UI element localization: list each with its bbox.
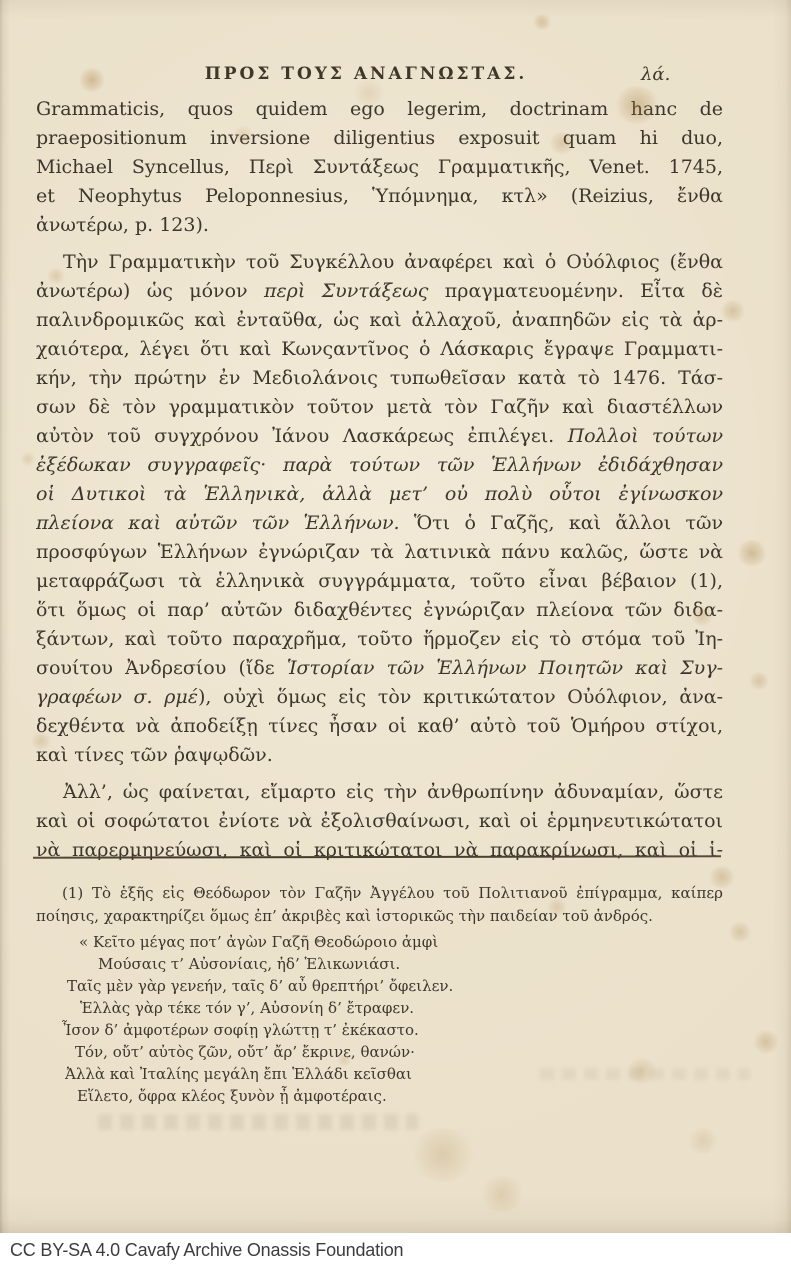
paper-background: ΠΡΟΣ ΤΟΥΣ ΑΝΑΓΝΩΣΤΑΣ. λά. Grammaticis, q…: [0, 0, 791, 1233]
text-line: Grammaticis, quos quidem ego legerim, do…: [36, 95, 723, 124]
paragraph: Τὴν Γραμματικὴν τοῦ Συγκέλλου ἀναφέρει κ…: [36, 248, 723, 770]
text-line: οἱ Δυτικοὶ τὰ Ἑλληνικὰ, ἀλλὰ μετ’ οὐ πολ…: [36, 480, 723, 509]
text-line: et Neophytus Peloponnesius, Ὑπόμνημα, κτ…: [36, 182, 723, 211]
text-line: ξάντων, καὶ τοῦτο παραχρῆμα, τοῦτο ἥρμοζ…: [36, 625, 723, 654]
text-line: μεταφράζωσι τὰ ἑλληνικὰ συγγράμματα, τοῦ…: [36, 567, 723, 596]
verse-line: Ἶσον δ’ ἀμφοτέρων σοφίῃ γλώττῃ τ’ ἐκέκασ…: [36, 1019, 676, 1041]
license-caption-bar: CC BY-SA 4.0 Cavafy Archive Onassis Foun…: [0, 1233, 791, 1267]
paragraph: Ἀλλ’, ὡς φαίνεται, εἴμαρτο εἰς τὴν ἀνθρω…: [36, 778, 723, 865]
text-line: ἀνωτέρω) ὡς μόνον περὶ Συντάξεως πραγματ…: [36, 277, 723, 306]
text-line: κήν, τὴν πρώτην ἐν Μεδιολάνοις τυπωθεῖσα…: [36, 364, 723, 393]
running-title: ΠΡΟΣ ΤΟΥΣ ΑΝΑΓΝΩΣΤΑΣ.: [205, 64, 528, 84]
show-through-smudge: [98, 1114, 418, 1130]
verse-line: Ἑλλὰς γὰρ τέκε τόν γ’, Αὐσονίη δ’ ἔτραφε…: [36, 997, 676, 1019]
text-line: χαιότερα, λέγει ὅτι καὶ Κωνςαντῖνος ὁ Λά…: [36, 335, 723, 364]
text-line: καὶ τίνες τῶν ῥαψῳδῶν.: [36, 741, 723, 770]
license-caption-text: CC BY-SA 4.0 Cavafy Archive Onassis Foun…: [0, 1240, 403, 1261]
text-line: πλείονα καὶ αὐτῶν τῶν Ἑλλήνων. Ὅτι ὁ Γαζ…: [36, 509, 723, 538]
text-line: σων δὲ τὸν γραμματικὸν τοῦτον μετὰ τὸν Γ…: [36, 393, 723, 422]
text-line: Michael Syncellus, Περὶ Συντάξεως Γραμμα…: [36, 153, 723, 182]
text-line: δεχθέντα νὰ ἀποδείξῃ τίνες ἦσαν οἱ καθ’ …: [36, 712, 723, 741]
verse-line: Τόν, οὔτ’ αὐτὸς ζῶν, οὔτ’ ἄρ’ ἔκρινε, θα…: [36, 1041, 676, 1063]
text-line: ἀνωτέρω, p. 123).: [36, 211, 723, 240]
paragraph: (1) Τὸ ἑξῆς εἰς Θεόδωρον τὸν Γαζῆν Ἀγγέλ…: [36, 882, 723, 928]
verse-line: Ἀλλὰ καὶ Ἰταλίης μεγάλη ἔπι Ἑλλάδι κεῖσθ…: [36, 1063, 676, 1085]
text-line: νὰ παρερμηνεύωσι, καὶ οἱ κριτικώτατοι νὰ…: [36, 836, 723, 865]
verse-line: Εἵλετο, ὄφρα κλέος ξυνὸν ᾖ ἀμφοτέραις.: [36, 1085, 676, 1107]
text-line: αὐτὸν τοῦ συγχρόνου Ἰάνου Λασκάρεως ἐπιλ…: [36, 422, 723, 451]
text-line: σουίτου Ἀνδρεσίου (ἴδε Ἱστορίαν τῶν Ἑλλή…: [36, 654, 723, 683]
verse-line: Μούσαις τ’ Αὐσονίαις, ἠδ’ Ἑλικωνιάσι.: [36, 953, 676, 975]
paragraph: Grammaticis, quos quidem ego legerim, do…: [36, 95, 723, 240]
body-text: Grammaticis, quos quidem ego legerim, do…: [36, 95, 723, 865]
text-line: γραφέων σ. ρμέ), οὐχὶ ὅμως εἰς τὸν κριτι…: [36, 683, 723, 712]
text-line: καὶ οἱ σοφώτατοι ἐνίοτε νὰ ἐξολισθαίνωσι…: [36, 807, 723, 836]
text-line: παλινδρομικῶς καὶ ἐνταῦθα, ὡς καὶ ἀλλαχο…: [36, 306, 723, 335]
text-line: ὅτι ὅμως οἱ παρ’ αὐτῶν διδαχθέντες ἐγνώρ…: [36, 596, 723, 625]
epigram-verse-block: « Κεῖτο μέγας ποτ’ ἀγὼν Γαζῆ Θεοδώροιο ἀ…: [36, 931, 676, 1107]
text-line: προσφύγων Ἑλλήνων ἐγνώριζαν τὰ λατινικὰ …: [36, 538, 723, 567]
page-number: λά.: [641, 64, 670, 85]
text-line: praepositionum inversione diligentius ex…: [36, 124, 723, 153]
verse-line: Ταῖς μὲν γὰρ γενεήν, ταῖς δ’ αὖ θρεπτήρι…: [36, 975, 676, 997]
text-line: Τὴν Γραμματικὴν τοῦ Συγκέλλου ἀναφέρει κ…: [36, 248, 723, 277]
text-line: ποίησις, χαρακτηρίζει ὅμως ἐπ’ ἀκριβὲς κ…: [36, 905, 723, 928]
verse-line: « Κεῖτο μέγας ποτ’ ἀγὼν Γαζῆ Θεοδώροιο ἀ…: [36, 931, 676, 953]
footnote-text: (1) Τὸ ἑξῆς εἰς Θεόδωρον τὸν Γαζῆν Ἀγγέλ…: [36, 882, 723, 928]
text-line: ἐξέδωκαν συγγραφεῖς· παρὰ τούτων τῶν Ἑλλ…: [36, 451, 723, 480]
page-header: ΠΡΟΣ ΤΟΥΣ ΑΝΑΓΝΩΣΤΑΣ. λά.: [36, 64, 723, 90]
scanned-book-page: ΠΡΟΣ ΤΟΥΣ ΑΝΑΓΝΩΣΤΑΣ. λά. Grammaticis, q…: [0, 0, 791, 1267]
text-line: Ἀλλ’, ὡς φαίνεται, εἴμαρτο εἰς τὴν ἀνθρω…: [36, 778, 723, 807]
text-line: (1) Τὸ ἑξῆς εἰς Θεόδωρον τὸν Γαζῆν Ἀγγέλ…: [36, 882, 723, 905]
